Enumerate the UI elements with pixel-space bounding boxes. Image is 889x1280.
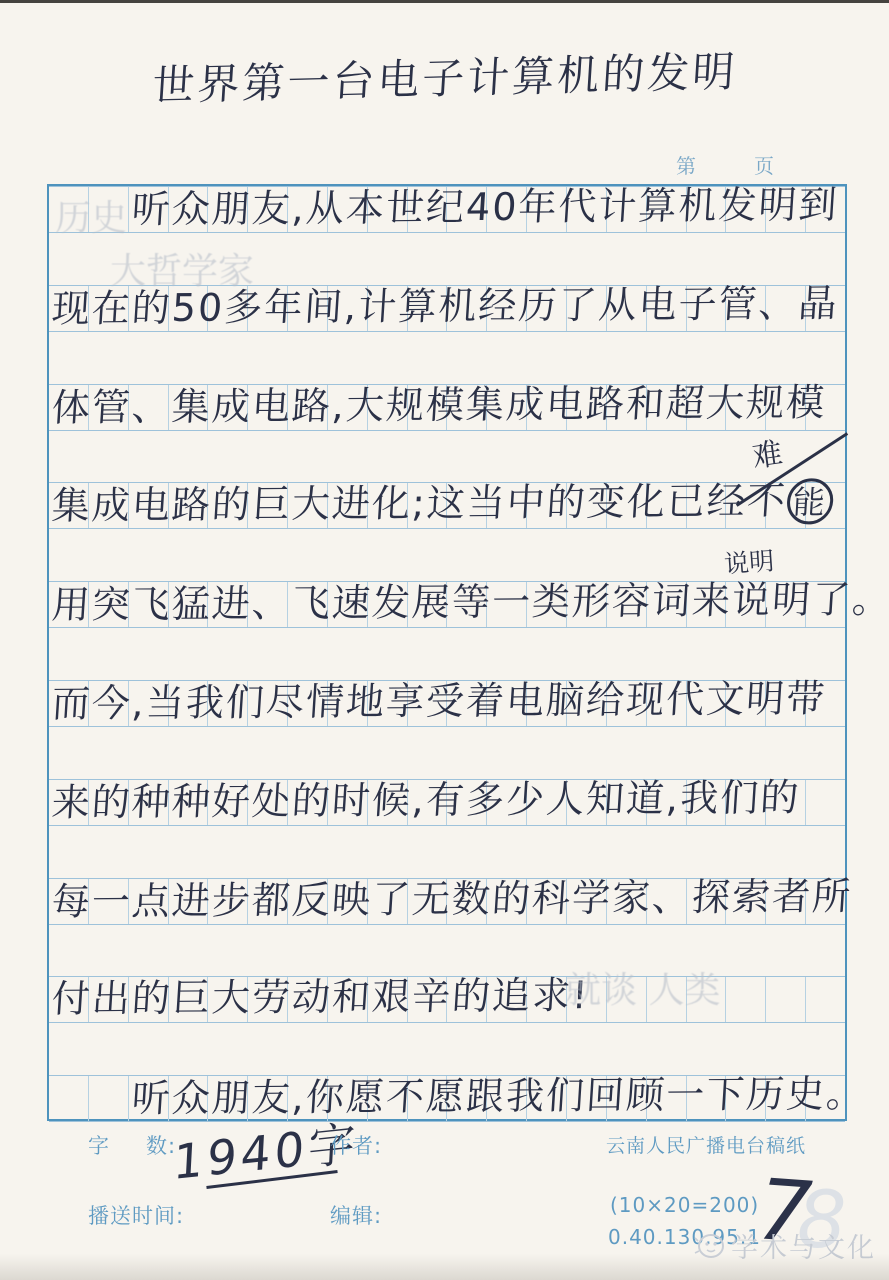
grid-cell	[487, 385, 527, 430]
grid-cell	[169, 582, 209, 627]
page-header-ye: 页	[754, 154, 774, 178]
grid-cell	[49, 780, 89, 825]
manuscript-grid	[47, 184, 847, 1121]
grid-cell	[288, 879, 328, 924]
grid-cell	[208, 879, 248, 924]
grid-cell	[408, 1076, 448, 1121]
grid-cell	[487, 286, 527, 331]
grid-cell	[647, 780, 687, 825]
grid-cell	[368, 187, 408, 232]
grid-cell	[607, 1076, 647, 1121]
grid-cell	[806, 286, 845, 331]
grid-cell	[447, 1076, 487, 1121]
grid-row	[49, 878, 845, 925]
grid-cell	[169, 483, 209, 528]
grid-cell	[248, 780, 288, 825]
grid-cell	[447, 977, 487, 1022]
grid-row	[49, 384, 845, 431]
scan-edge	[0, 0, 889, 3]
grid-cell	[806, 681, 845, 726]
grid-cell	[89, 385, 129, 430]
grid-cell	[288, 977, 328, 1022]
grid-cell	[527, 286, 567, 331]
grid-cell	[368, 879, 408, 924]
grid-cell	[447, 286, 487, 331]
grid-cell	[49, 1076, 89, 1121]
grid-cell	[328, 286, 368, 331]
grid-cell	[248, 187, 288, 232]
grid-cell	[368, 582, 408, 627]
grid-cell	[89, 1076, 129, 1121]
grid-cell	[766, 286, 806, 331]
grid-cell	[687, 879, 727, 924]
grid-cell	[368, 681, 408, 726]
grid-cell	[169, 879, 209, 924]
grid-cell	[766, 483, 806, 528]
grid-cell	[408, 977, 448, 1022]
grid-cell	[567, 780, 607, 825]
grid-cell	[328, 187, 368, 232]
grid-cell	[248, 582, 288, 627]
grid-cell	[89, 582, 129, 627]
broadcast-time-label: 播送时间:	[88, 1200, 184, 1230]
grid-cell	[647, 582, 687, 627]
correction-annotation-shuoming: 说明	[723, 541, 775, 580]
grid-cell	[567, 286, 607, 331]
grid-cell	[169, 977, 209, 1022]
grid-cell	[487, 483, 527, 528]
grid-row	[49, 285, 845, 332]
grid-cell	[208, 681, 248, 726]
grid-cell	[89, 286, 129, 331]
grid-cell	[726, 780, 766, 825]
grid-cell	[527, 483, 567, 528]
grid-cell	[567, 1076, 607, 1121]
grid-cell	[487, 582, 527, 627]
page-header-di: 第	[676, 154, 696, 178]
grid-cell	[806, 385, 845, 430]
grid-cell	[607, 780, 647, 825]
grid-cell	[408, 286, 448, 331]
grid-cell	[408, 385, 448, 430]
grid-cell	[169, 187, 209, 232]
grid-cell	[806, 977, 845, 1022]
grid-cell	[368, 1076, 408, 1121]
grid-cell	[726, 385, 766, 430]
grid-cell	[527, 977, 567, 1022]
grid-cell	[288, 483, 328, 528]
grid-cell	[288, 681, 328, 726]
grid-cell	[647, 483, 687, 528]
grid-cell	[766, 879, 806, 924]
grid-cell	[288, 582, 328, 627]
grid-cell	[408, 187, 448, 232]
grid-cell	[607, 286, 647, 331]
grid-cell	[647, 385, 687, 430]
scan-shadow	[0, 1254, 889, 1280]
grid-cell	[248, 483, 288, 528]
grid-cell	[447, 483, 487, 528]
handwritten-title: 世界第一台电子计算机的发明	[150, 39, 739, 113]
grid-cell	[487, 187, 527, 232]
grid-cell	[647, 286, 687, 331]
grid-cell	[49, 385, 89, 430]
grid-cell	[169, 385, 209, 430]
grid-cell	[687, 977, 727, 1022]
grid-cell	[487, 780, 527, 825]
grid-cell	[687, 681, 727, 726]
grid-cell	[49, 582, 89, 627]
grid-cell	[208, 187, 248, 232]
grid-cell	[129, 286, 169, 331]
grid-cell	[129, 187, 169, 232]
grid-cell	[408, 681, 448, 726]
grid-row	[49, 680, 845, 727]
grid-cell	[129, 1076, 169, 1121]
grid-row	[49, 976, 845, 1023]
grid-cell	[726, 879, 766, 924]
grid-cell	[647, 879, 687, 924]
grid-cell	[766, 780, 806, 825]
grid-cell	[49, 483, 89, 528]
grid-cell	[248, 286, 288, 331]
grid-cell	[248, 977, 288, 1022]
grid-cell	[647, 187, 687, 232]
grid-cell	[208, 483, 248, 528]
grid-cell	[527, 681, 567, 726]
grid-cell	[408, 879, 448, 924]
grid-cell	[567, 582, 607, 627]
grid-cell	[487, 977, 527, 1022]
grid-cell	[766, 1076, 806, 1121]
grid-cell	[766, 582, 806, 627]
grid-cell	[687, 187, 727, 232]
grid-cell	[368, 483, 408, 528]
grid-cell	[129, 582, 169, 627]
grid-cell	[208, 780, 248, 825]
grid-cell	[328, 879, 368, 924]
word-count-label-zi: 字	[88, 1130, 110, 1160]
grid-cell	[487, 1076, 527, 1121]
grid-cell	[328, 780, 368, 825]
grid-cell	[89, 977, 129, 1022]
grid-cell	[607, 385, 647, 430]
grid-cell	[687, 1076, 727, 1121]
grid-cell	[527, 582, 567, 627]
correction-annotation-nan: 难	[749, 428, 785, 476]
word-count-label-shu: 数:	[146, 1130, 176, 1160]
grid-cell	[89, 187, 129, 232]
grid-spec: (10×20=200)	[610, 1193, 759, 1217]
grid-cell	[687, 286, 727, 331]
grid-row	[49, 581, 845, 628]
grid-cell	[647, 1076, 687, 1121]
grid-cell	[806, 187, 845, 232]
grid-cell	[567, 879, 607, 924]
grid-cell	[169, 681, 209, 726]
grid-row	[49, 482, 845, 529]
grid-cell	[49, 977, 89, 1022]
grid-cell	[49, 879, 89, 924]
grid-cell	[726, 977, 766, 1022]
grid-cell	[687, 582, 727, 627]
grid-cell	[607, 187, 647, 232]
grid-cell	[208, 977, 248, 1022]
grid-cell	[806, 1076, 845, 1121]
grid-cell	[368, 780, 408, 825]
grid-cell	[49, 681, 89, 726]
grid-cell	[647, 977, 687, 1022]
page-header: 第页	[676, 150, 774, 179]
grid-cell	[567, 483, 607, 528]
grid-cell	[447, 780, 487, 825]
grid-cell	[726, 1076, 766, 1121]
grid-cell	[447, 582, 487, 627]
grid-cell	[328, 582, 368, 627]
grid-cell	[408, 582, 448, 627]
grid-cell	[567, 187, 607, 232]
grid-cell	[766, 977, 806, 1022]
grid-cell	[129, 385, 169, 430]
grid-row	[49, 1075, 845, 1122]
grid-cell	[647, 681, 687, 726]
grid-cell	[726, 681, 766, 726]
editor-label: 编辑:	[330, 1200, 382, 1230]
grid-cell	[447, 879, 487, 924]
grid-cell	[726, 187, 766, 232]
grid-cell	[607, 681, 647, 726]
manuscript-page: 世界第一台电子计算机的发明 第页 听众朋友,从本世纪40年代计算机发明到现在的5…	[0, 0, 889, 1280]
grid-cell	[607, 582, 647, 627]
grid-cell	[288, 385, 328, 430]
grid-cell	[607, 879, 647, 924]
grid-row	[49, 779, 845, 826]
grid-cell	[567, 977, 607, 1022]
grid-cell	[687, 780, 727, 825]
grid-cell	[49, 187, 89, 232]
grid-cell	[527, 1076, 567, 1121]
grid-cell	[806, 879, 845, 924]
grid-cell	[447, 681, 487, 726]
grid-cell	[89, 879, 129, 924]
grid-cell	[248, 681, 288, 726]
grid-cell	[607, 483, 647, 528]
grid-cell	[328, 483, 368, 528]
grid-cell	[447, 385, 487, 430]
grid-cell	[288, 187, 328, 232]
grid-cell	[248, 879, 288, 924]
grid-cell	[806, 780, 845, 825]
grid-cell	[368, 977, 408, 1022]
grid-cell	[129, 681, 169, 726]
grid-cell	[328, 977, 368, 1022]
grid-cell	[49, 286, 89, 331]
grid-cell	[169, 1076, 209, 1121]
grid-cell	[89, 681, 129, 726]
grid-cell	[328, 681, 368, 726]
grid-cell	[208, 582, 248, 627]
grid-cell	[607, 977, 647, 1022]
grid-cell	[129, 483, 169, 528]
grid-cell	[806, 582, 845, 627]
grid-cell	[766, 187, 806, 232]
grid-cell	[129, 780, 169, 825]
grid-cell	[567, 681, 607, 726]
grid-cell	[527, 187, 567, 232]
grid-cell	[527, 879, 567, 924]
grid-cell	[169, 780, 209, 825]
grid-cell	[368, 286, 408, 331]
grid-cell	[208, 385, 248, 430]
grid-cell	[208, 1076, 248, 1121]
grid-cell	[169, 286, 209, 331]
grid-cell	[766, 385, 806, 430]
grid-cell	[208, 286, 248, 331]
grid-cell	[766, 681, 806, 726]
author-label: 作者:	[330, 1130, 382, 1160]
grid-cell	[328, 385, 368, 430]
grid-cell	[447, 187, 487, 232]
grid-cell	[368, 385, 408, 430]
grid-cell	[726, 286, 766, 331]
grid-cell	[487, 681, 527, 726]
grid-cell	[288, 286, 328, 331]
grid-cell	[408, 483, 448, 528]
grid-cell	[129, 879, 169, 924]
grid-row	[49, 186, 845, 233]
grid-cell	[408, 780, 448, 825]
grid-cell	[806, 483, 845, 528]
grid-cell	[487, 879, 527, 924]
grid-cell	[129, 977, 169, 1022]
grid-cell	[687, 483, 727, 528]
grid-cell	[288, 780, 328, 825]
grid-cell	[527, 780, 567, 825]
grid-cell	[248, 385, 288, 430]
grid-cell	[527, 385, 567, 430]
grid-cell	[687, 385, 727, 430]
grid-cell	[726, 582, 766, 627]
grid-cell	[89, 780, 129, 825]
station-name: 云南人民广播电台稿纸	[606, 1131, 806, 1158]
grid-cell	[89, 483, 129, 528]
grid-cell	[567, 385, 607, 430]
